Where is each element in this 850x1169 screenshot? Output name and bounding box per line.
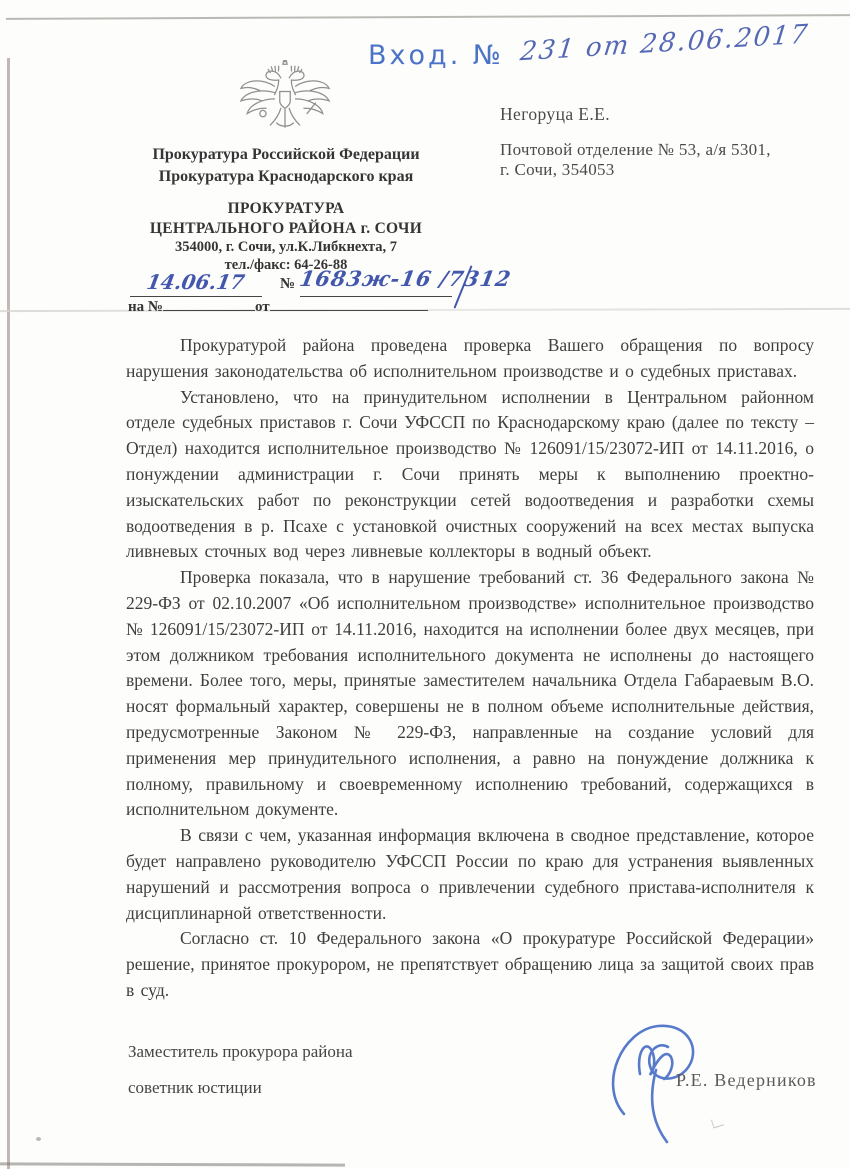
- letterhead-org-line2: Прокуратура Краснодарского края: [106, 166, 466, 188]
- reference-line: на №от: [128, 296, 428, 316]
- recipient-address-line1: Почтовой отделение № 53, а/я 5301,: [500, 140, 771, 160]
- reference-date-blank: [270, 296, 428, 311]
- outgoing-number-row: 14.06.17 № 1683ж-16 /7312: [128, 270, 468, 298]
- recipient-address: Почтовой отделение № 53, а/я 5301, г. Со…: [500, 140, 771, 180]
- signer-rank: советник юстиции: [128, 1078, 262, 1098]
- recipient-address-line2: г. Сочи, 354053: [500, 160, 771, 180]
- paragraph: Прокуратурой района проведена проверка В…: [126, 333, 814, 385]
- signer-title: Заместитель прокурора района: [128, 1042, 353, 1062]
- scanned-letter-page: Вход. № 231 от 28.06.2017 Прокуратура Ро…: [0, 0, 850, 1169]
- scan-left-edge: [7, 58, 10, 1169]
- paragraph: Установлено, что на принудительном испол…: [126, 385, 814, 566]
- paragraph: Проверка показала, что в нарушение требо…: [126, 565, 814, 823]
- letterhead-office-line1: ПРОКУРАТУРА: [106, 199, 466, 219]
- recipient-name: Негоруца Е.Е.: [500, 104, 610, 125]
- letterhead-organization: Прокуратура Российской Федерации Прокура…: [106, 144, 466, 188]
- reference-prefix-label: на №: [128, 299, 163, 315]
- number-sign-label: №: [280, 276, 295, 293]
- letterhead-org-line1: Прокуратура Российской Федерации: [106, 144, 466, 166]
- scan-bottom-edge: [0, 1162, 345, 1166]
- scan-speck: [36, 1137, 41, 1141]
- scan-top-edge: [6, 14, 850, 20]
- letterhead-office-line2: ЦЕНТРАЛЬНОГО РАЙОНА г. СОЧИ: [106, 219, 466, 239]
- outgoing-date-handwritten: 14.06.17: [145, 270, 247, 294]
- outgoing-date-cell: 14.06.17: [130, 270, 262, 297]
- paragraph: В связи с чем, указанная информация вклю…: [126, 823, 814, 926]
- incoming-stamp-label: Вход. №: [368, 40, 504, 71]
- letterhead-office: ПРОКУРАТУРА ЦЕНТРАЛЬНОГО РАЙОНА г. СОЧИ: [106, 199, 466, 239]
- letter-body: Прокуратурой района проведена проверка В…: [126, 333, 814, 1004]
- reference-number-blank: [163, 296, 255, 311]
- letterhead-address: 354000, г. Сочи, ул.К.Либкнехта, 7: [106, 238, 466, 256]
- paragraph: Согласно ст. 10 Федерального закона «О п…: [126, 926, 814, 1003]
- reference-from-label: от: [255, 299, 270, 315]
- incoming-stamp-handwritten-number: 231 от 28.06.2017: [519, 19, 822, 68]
- signer-name: Р.Е. Ведерников: [676, 1070, 817, 1091]
- outgoing-number-cell: 1683ж-16 /7312: [300, 266, 452, 297]
- coat-of-arms-icon: [232, 60, 338, 144]
- outgoing-number-handwritten: 1683ж-16 /7312: [298, 266, 514, 291]
